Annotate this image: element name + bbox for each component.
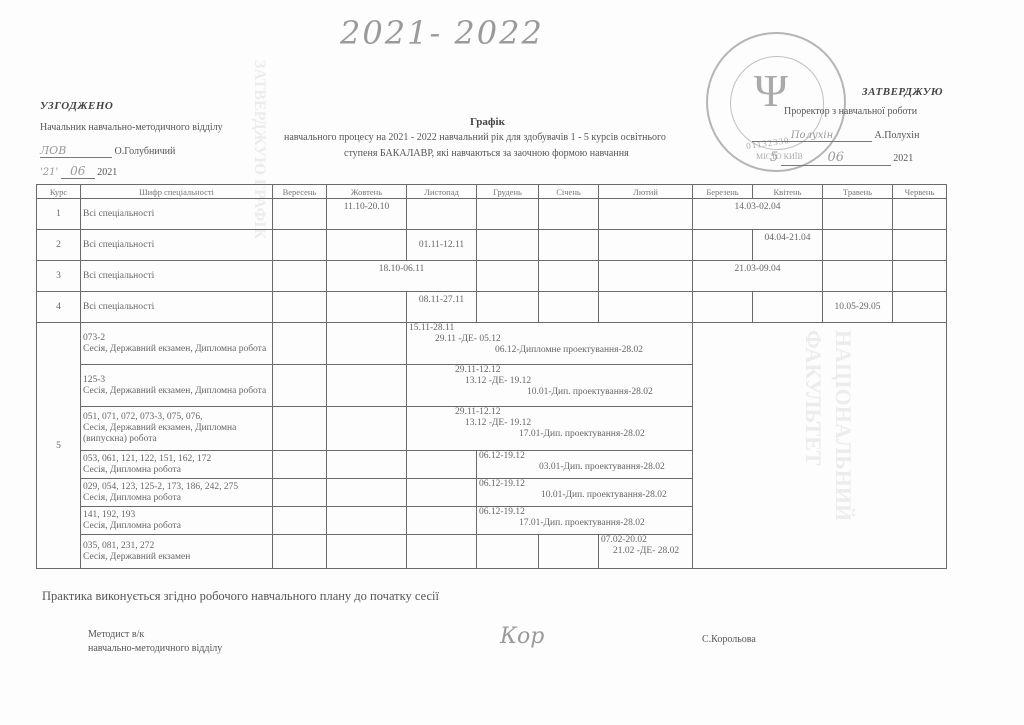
session-schedule: 15.11-28.11 29.11 -ДЕ- 05.12 06.12-Дипло… — [407, 323, 693, 365]
signature-methodist: Кор — [500, 624, 544, 649]
course-number: 5 — [37, 323, 81, 569]
header-october: Жовтень — [327, 185, 407, 199]
spec-cell: Всі спеціальності — [81, 261, 273, 292]
approval-position-right: Проректор з навчальної роботи — [784, 106, 917, 117]
signature-right: Полухін — [752, 130, 872, 142]
spec-cell: 029, 054, 123, 125-2, 173, 186, 242, 275… — [81, 479, 273, 507]
spec-cell: 141, 192, 193Сесія, Дипломна робота — [81, 507, 273, 535]
session-period: 21.03-09.04 — [693, 261, 823, 292]
session-period: 11.10-20.10 — [327, 199, 407, 230]
session-period: 14.03-02.04 — [693, 199, 823, 230]
header-february: Лютий — [599, 185, 693, 199]
header-december: Грудень — [477, 185, 539, 199]
session-schedule: 29.11-12.12 13.12 -ДЕ- 19.12 10.01-Дип. … — [407, 365, 693, 407]
session-schedule: 29.11-12.12 13.12 -ДЕ- 19.12 17.01-Дип. … — [407, 407, 693, 451]
session-period: 08.11-27.11 — [407, 292, 477, 323]
approver-name-left: О.Голубничий — [115, 146, 176, 157]
practice-note: Практика виконується згідно робочого нав… — [42, 589, 439, 604]
table-row: 2 Всі спеціальності 01.11-12.11 04.04-21… — [37, 230, 947, 261]
approval-position-left: Начальник навчально-методичного відділу — [40, 122, 223, 133]
methodist-position-line1: Методист в/к — [88, 629, 144, 640]
session-period: 10.05-29.05 — [823, 292, 893, 323]
empty-area — [693, 323, 947, 569]
table-row: 3 Всі спеціальності 18.10-06.11 21.03-09… — [37, 261, 947, 292]
session-period: 01.11-12.11 — [407, 230, 477, 261]
course-number: 2 — [37, 230, 81, 261]
methodist-position-line2: навчально-методичного відділу — [88, 643, 222, 654]
trident-emblem-icon: Ψ — [754, 68, 788, 114]
header-january: Січень — [539, 185, 599, 199]
handwritten-year: 2021- 2022 — [340, 14, 544, 52]
approval-heading-right: ЗАТВЕРДЖУЮ — [862, 86, 943, 98]
session-schedule: 07.02-20.02 21.02 -ДЕ- 28.02 — [599, 535, 693, 569]
course-number: 1 — [37, 199, 81, 230]
spec-cell: 073-2Сесія, Державний екзамен, Дипломна … — [81, 323, 273, 365]
table-header-row: Курс Шифр спеціальності Вересень Жовтень… — [37, 185, 947, 199]
header-march: Березень — [693, 185, 753, 199]
approval-signature-line-right: Полухін А.Полухін — [752, 130, 919, 142]
document-subtitle-line1: навчального процесу на 2021 - 2022 навча… — [284, 132, 666, 143]
spec-cell: 035, 081, 231, 272Сесія, Державний екзам… — [81, 535, 273, 569]
table-row: 1 Всі спеціальності 11.10-20.10 14.03-02… — [37, 199, 947, 230]
header-spec-code: Шифр спеціальності — [81, 185, 273, 199]
session-schedule: 06.12-19.12 17.01-Дип. проектування-28.0… — [477, 507, 693, 535]
spec-cell: Всі спеціальності — [81, 230, 273, 261]
methodist-name: С.Корольова — [702, 634, 756, 645]
header-course: Курс — [37, 185, 81, 199]
signature-left: ЛОВ — [40, 144, 112, 158]
table-row: 4 Всі спеціальності 08.11-27.11 10.05-29… — [37, 292, 947, 323]
approver-name-right: А.Полухін — [875, 130, 920, 141]
approval-date-left: '21' 06 2021 — [40, 164, 117, 179]
session-period: 04.04-21.04 — [753, 230, 823, 261]
header-may: Травень — [823, 185, 893, 199]
spec-cell: 053, 061, 121, 122, 151, 162, 172 Сесія,… — [81, 451, 273, 479]
document-subtitle-line2: ступеня БАКАЛАВР, які навчаються за заоч… — [344, 148, 629, 159]
header-september: Вересень — [273, 185, 327, 199]
header-november: Листопад — [407, 185, 477, 199]
header-june: Червень — [893, 185, 947, 199]
schedule-table: Курс Шифр спеціальності Вересень Жовтень… — [36, 184, 947, 569]
session-schedule: 06.12-19.12 10.01-Дип. проектування-28.0… — [477, 479, 693, 507]
spec-cell: 125-3 Сесія, Державний екзамен, Дипломна… — [81, 365, 273, 407]
table-row: 5 073-2Сесія, Державний екзамен, Дипломн… — [37, 323, 947, 365]
spec-cell: 051, 071, 072, 073-3, 075, 076, Сесія, Д… — [81, 407, 273, 451]
spec-cell: Всі спеціальності — [81, 292, 273, 323]
session-period: 18.10-06.11 — [327, 261, 477, 292]
course-number: 4 — [37, 292, 81, 323]
approval-date-right: 5 06 2021 — [770, 150, 913, 166]
spec-cell: Всі спеціальності — [81, 199, 273, 230]
course-number: 3 — [37, 261, 81, 292]
approval-heading-left: УЗГОДЖЕНО — [40, 100, 113, 112]
header-april: Квітень — [753, 185, 823, 199]
document-title: Графік — [470, 116, 505, 128]
approval-signature-line-left: ЛОВ О.Голубничий — [40, 144, 175, 158]
session-schedule: 06.12-19.12 03.01-Дип. проектування-28.0… — [477, 451, 693, 479]
